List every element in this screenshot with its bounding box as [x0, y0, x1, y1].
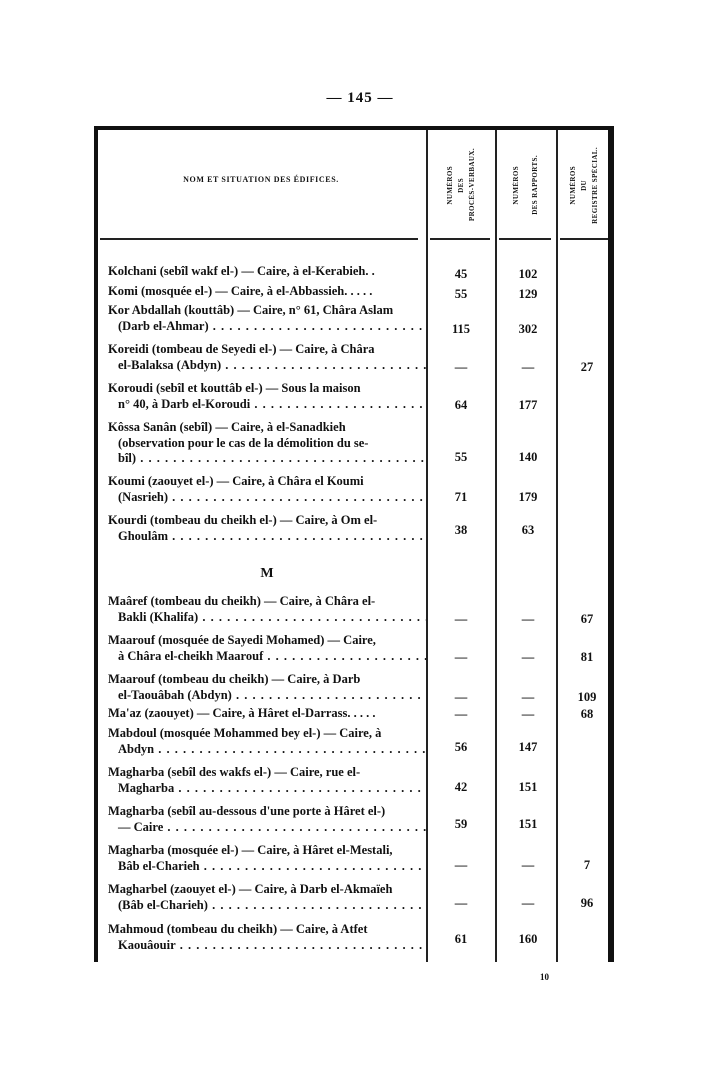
entry-text: Koumi (zaouyet el-) — Caire, à Châra el …	[108, 474, 426, 490]
table-row: Koreidi (tombeau de Seyedi el-) — Caire,…	[108, 342, 426, 373]
header-underline	[430, 238, 490, 240]
table-row: Magharba (sebîl des wakfs el-) — Caire, …	[108, 765, 426, 796]
entry-text: Mabdoul (mosquée Mohammed bey el-) — Cai…	[108, 726, 426, 742]
table-row: Kolchani (sebîl wakf el-) — Caire, à el-…	[108, 264, 426, 280]
rapport-number: —	[503, 360, 553, 375]
entry-text: Maarouf (mosquée de Sayedi Mohamed) — Ca…	[108, 633, 426, 649]
entry-text: Ghoulâm	[108, 529, 426, 545]
proces-verbal-number: 56	[436, 740, 486, 755]
entry-text: Kolchani (sebîl wakf el-) — Caire, à el-…	[108, 264, 426, 280]
header-text: NUMÉROS	[568, 166, 579, 205]
proces-verbal-number: 61	[436, 932, 486, 947]
proces-verbal-number: 115	[436, 322, 486, 337]
entry-text: (Bâb el-Charieh)	[108, 898, 426, 914]
header-text: PROCÈS-VERBAUX.	[467, 148, 478, 221]
rapport-number: —	[503, 690, 553, 705]
registre-number: 67	[562, 612, 612, 627]
proces-verbal-number: 64	[436, 398, 486, 413]
page-number: — 145 —	[0, 90, 720, 107]
column-divider	[426, 130, 428, 962]
entry-text: Maarouf (tombeau du cheikh) — Caire, à D…	[108, 672, 426, 688]
header-text: NUMÉROS	[445, 166, 456, 205]
proces-verbal-number: —	[436, 690, 486, 705]
rapport-number: 147	[503, 740, 553, 755]
entry-text: Mahmoud (tombeau du cheikh) — Caire, à A…	[108, 922, 426, 938]
proces-verbal-number: 42	[436, 780, 486, 795]
column-divider	[495, 130, 497, 962]
entry-text: el-Taouâbah (Abdyn)	[108, 688, 426, 704]
header-text: DES	[456, 178, 467, 193]
column-header-registre: NUMÉROS DU REGISTRE SPÉCIAL.	[559, 136, 609, 234]
table-row: Kôssa Sanân (sebîl) — Caire, à el-Sanadk…	[108, 420, 426, 467]
column-header-rapports: NUMÉROS DES RAPPORTS.	[498, 136, 554, 234]
entry-text: n° 40, à Darb el-Koroudi	[108, 397, 426, 413]
table-row: Komi (mosquée el-) — Caire, à el-Abbassi…	[108, 284, 426, 300]
entry-text: à Châra el-cheikh Maarouf	[108, 649, 426, 665]
rapport-number: —	[503, 896, 553, 911]
table-row: Maâref (tombeau du cheikh) — Caire, à Ch…	[108, 594, 426, 625]
entry-text: Magharba (sebîl des wakfs el-) — Caire, …	[108, 765, 426, 781]
column-header-name: NOM ET SITUATION DES ÉDIFICES.	[100, 175, 422, 184]
rapport-number: 102	[503, 267, 553, 282]
table-row: Kor Abdallah (kouttâb) — Caire, n° 61, C…	[108, 303, 426, 334]
header-text: NUMÉROS	[511, 166, 522, 205]
rapport-number: 177	[503, 398, 553, 413]
rapport-number: —	[503, 858, 553, 873]
rapport-number: 63	[503, 523, 553, 538]
header-text: DU	[579, 180, 590, 191]
table-row: Ma'az (zaouyet) — Caire, à Hâret el-Darr…	[108, 706, 426, 722]
entry-text: Kor Abdallah (kouttâb) — Caire, n° 61, C…	[108, 303, 426, 319]
proces-verbal-number: —	[436, 896, 486, 911]
proces-verbal-number: 55	[436, 287, 486, 302]
registre-number: 109	[562, 690, 612, 705]
rapport-number: 179	[503, 490, 553, 505]
proces-verbal-number: 45	[436, 267, 486, 282]
entry-text: Magharba (sebîl au-dessous d'une porte à…	[108, 804, 426, 820]
proces-verbal-number: 71	[436, 490, 486, 505]
entry-text: (observation pour le cas de la démolitio…	[108, 436, 426, 452]
table-row: Magharbel (zaouyet el-) — Caire, à Darb …	[108, 882, 426, 913]
rapport-number: 151	[503, 817, 553, 832]
registre-number: 27	[562, 360, 612, 375]
proces-verbal-number: —	[436, 707, 486, 722]
table-frame	[94, 126, 614, 962]
registre-number: 68	[562, 707, 612, 722]
entry-text: Bakli (Khalifa)	[108, 610, 426, 626]
header-underline	[499, 238, 551, 240]
registre-number: 7	[562, 858, 612, 873]
table-row: Maarouf (tombeau du cheikh) — Caire, à D…	[108, 672, 426, 703]
table-row: Magharba (mosquée el-) — Caire, à Hâret …	[108, 843, 426, 874]
entry-text: Kourdi (tombeau du cheikh el-) — Caire, …	[108, 513, 426, 529]
rapport-number: 302	[503, 322, 553, 337]
entry-text: Ma'az (zaouyet) — Caire, à Hâret el-Darr…	[108, 706, 426, 722]
header-text: DES RAPPORTS.	[530, 155, 541, 215]
signature-mark: 10	[540, 972, 549, 982]
column-divider	[556, 130, 558, 962]
proces-verbal-number: 38	[436, 523, 486, 538]
table-row: Koroudi (sebîl et kouttâb el-) — Sous la…	[108, 381, 426, 412]
table-row: Maarouf (mosquée de Sayedi Mohamed) — Ca…	[108, 633, 426, 664]
proces-verbal-number: —	[436, 858, 486, 873]
rapport-number: —	[503, 650, 553, 665]
section-letter: M	[108, 566, 426, 582]
entry-text: (Nasrieh)	[108, 490, 426, 506]
header-text: REGISTRE SPÉCIAL.	[590, 147, 601, 224]
proces-verbal-number: —	[436, 360, 486, 375]
entry-text: Bâb el-Charieh	[108, 859, 426, 875]
proces-verbal-number: —	[436, 650, 486, 665]
rapport-number: 151	[503, 780, 553, 795]
rapport-number: 129	[503, 287, 553, 302]
rapport-number: 140	[503, 450, 553, 465]
entry-text: Komi (mosquée el-) — Caire, à el-Abbassi…	[108, 284, 426, 300]
entry-text: Abdyn	[108, 742, 426, 758]
column-header-proces-verbaux: NUMÉROS DES PROCÈS-VERBAUX.	[430, 136, 492, 234]
entry-text: Kaouâouir	[108, 938, 426, 954]
entry-text: Maâref (tombeau du cheikh) — Caire, à Ch…	[108, 594, 426, 610]
proces-verbal-number: —	[436, 612, 486, 627]
rapport-number: —	[503, 707, 553, 722]
proces-verbal-number: 59	[436, 817, 486, 832]
rapport-number: —	[503, 612, 553, 627]
proces-verbal-number: 55	[436, 450, 486, 465]
entry-text: Kôssa Sanân (sebîl) — Caire, à el-Sanadk…	[108, 420, 426, 436]
table-row: Mabdoul (mosquée Mohammed bey el-) — Cai…	[108, 726, 426, 757]
registre-number: 81	[562, 650, 612, 665]
registre-number: 96	[562, 896, 612, 911]
entry-text: (Darb el-Ahmar)	[108, 319, 426, 335]
table-row: Mahmoud (tombeau du cheikh) — Caire, à A…	[108, 922, 426, 953]
entry-text: — Caire	[108, 820, 426, 836]
entry-text: Koroudi (sebîl et kouttâb el-) — Sous la…	[108, 381, 426, 397]
header-underline	[100, 238, 418, 240]
header-underline	[560, 238, 608, 240]
entry-text: Koreidi (tombeau de Seyedi el-) — Caire,…	[108, 342, 426, 358]
rapport-number: 160	[503, 932, 553, 947]
entry-text: bîl)	[108, 451, 426, 467]
entry-text: Magharbel (zaouyet el-) — Caire, à Darb …	[108, 882, 426, 898]
entry-text: el-Balaksa (Abdyn)	[108, 358, 426, 374]
table-row: Koumi (zaouyet el-) — Caire, à Châra el …	[108, 474, 426, 505]
table-row: Magharba (sebîl au-dessous d'une porte à…	[108, 804, 426, 835]
table-row: Kourdi (tombeau du cheikh el-) — Caire, …	[108, 513, 426, 544]
entry-text: Magharba (mosquée el-) — Caire, à Hâret …	[108, 843, 426, 859]
entry-text: Magharba	[108, 781, 426, 797]
